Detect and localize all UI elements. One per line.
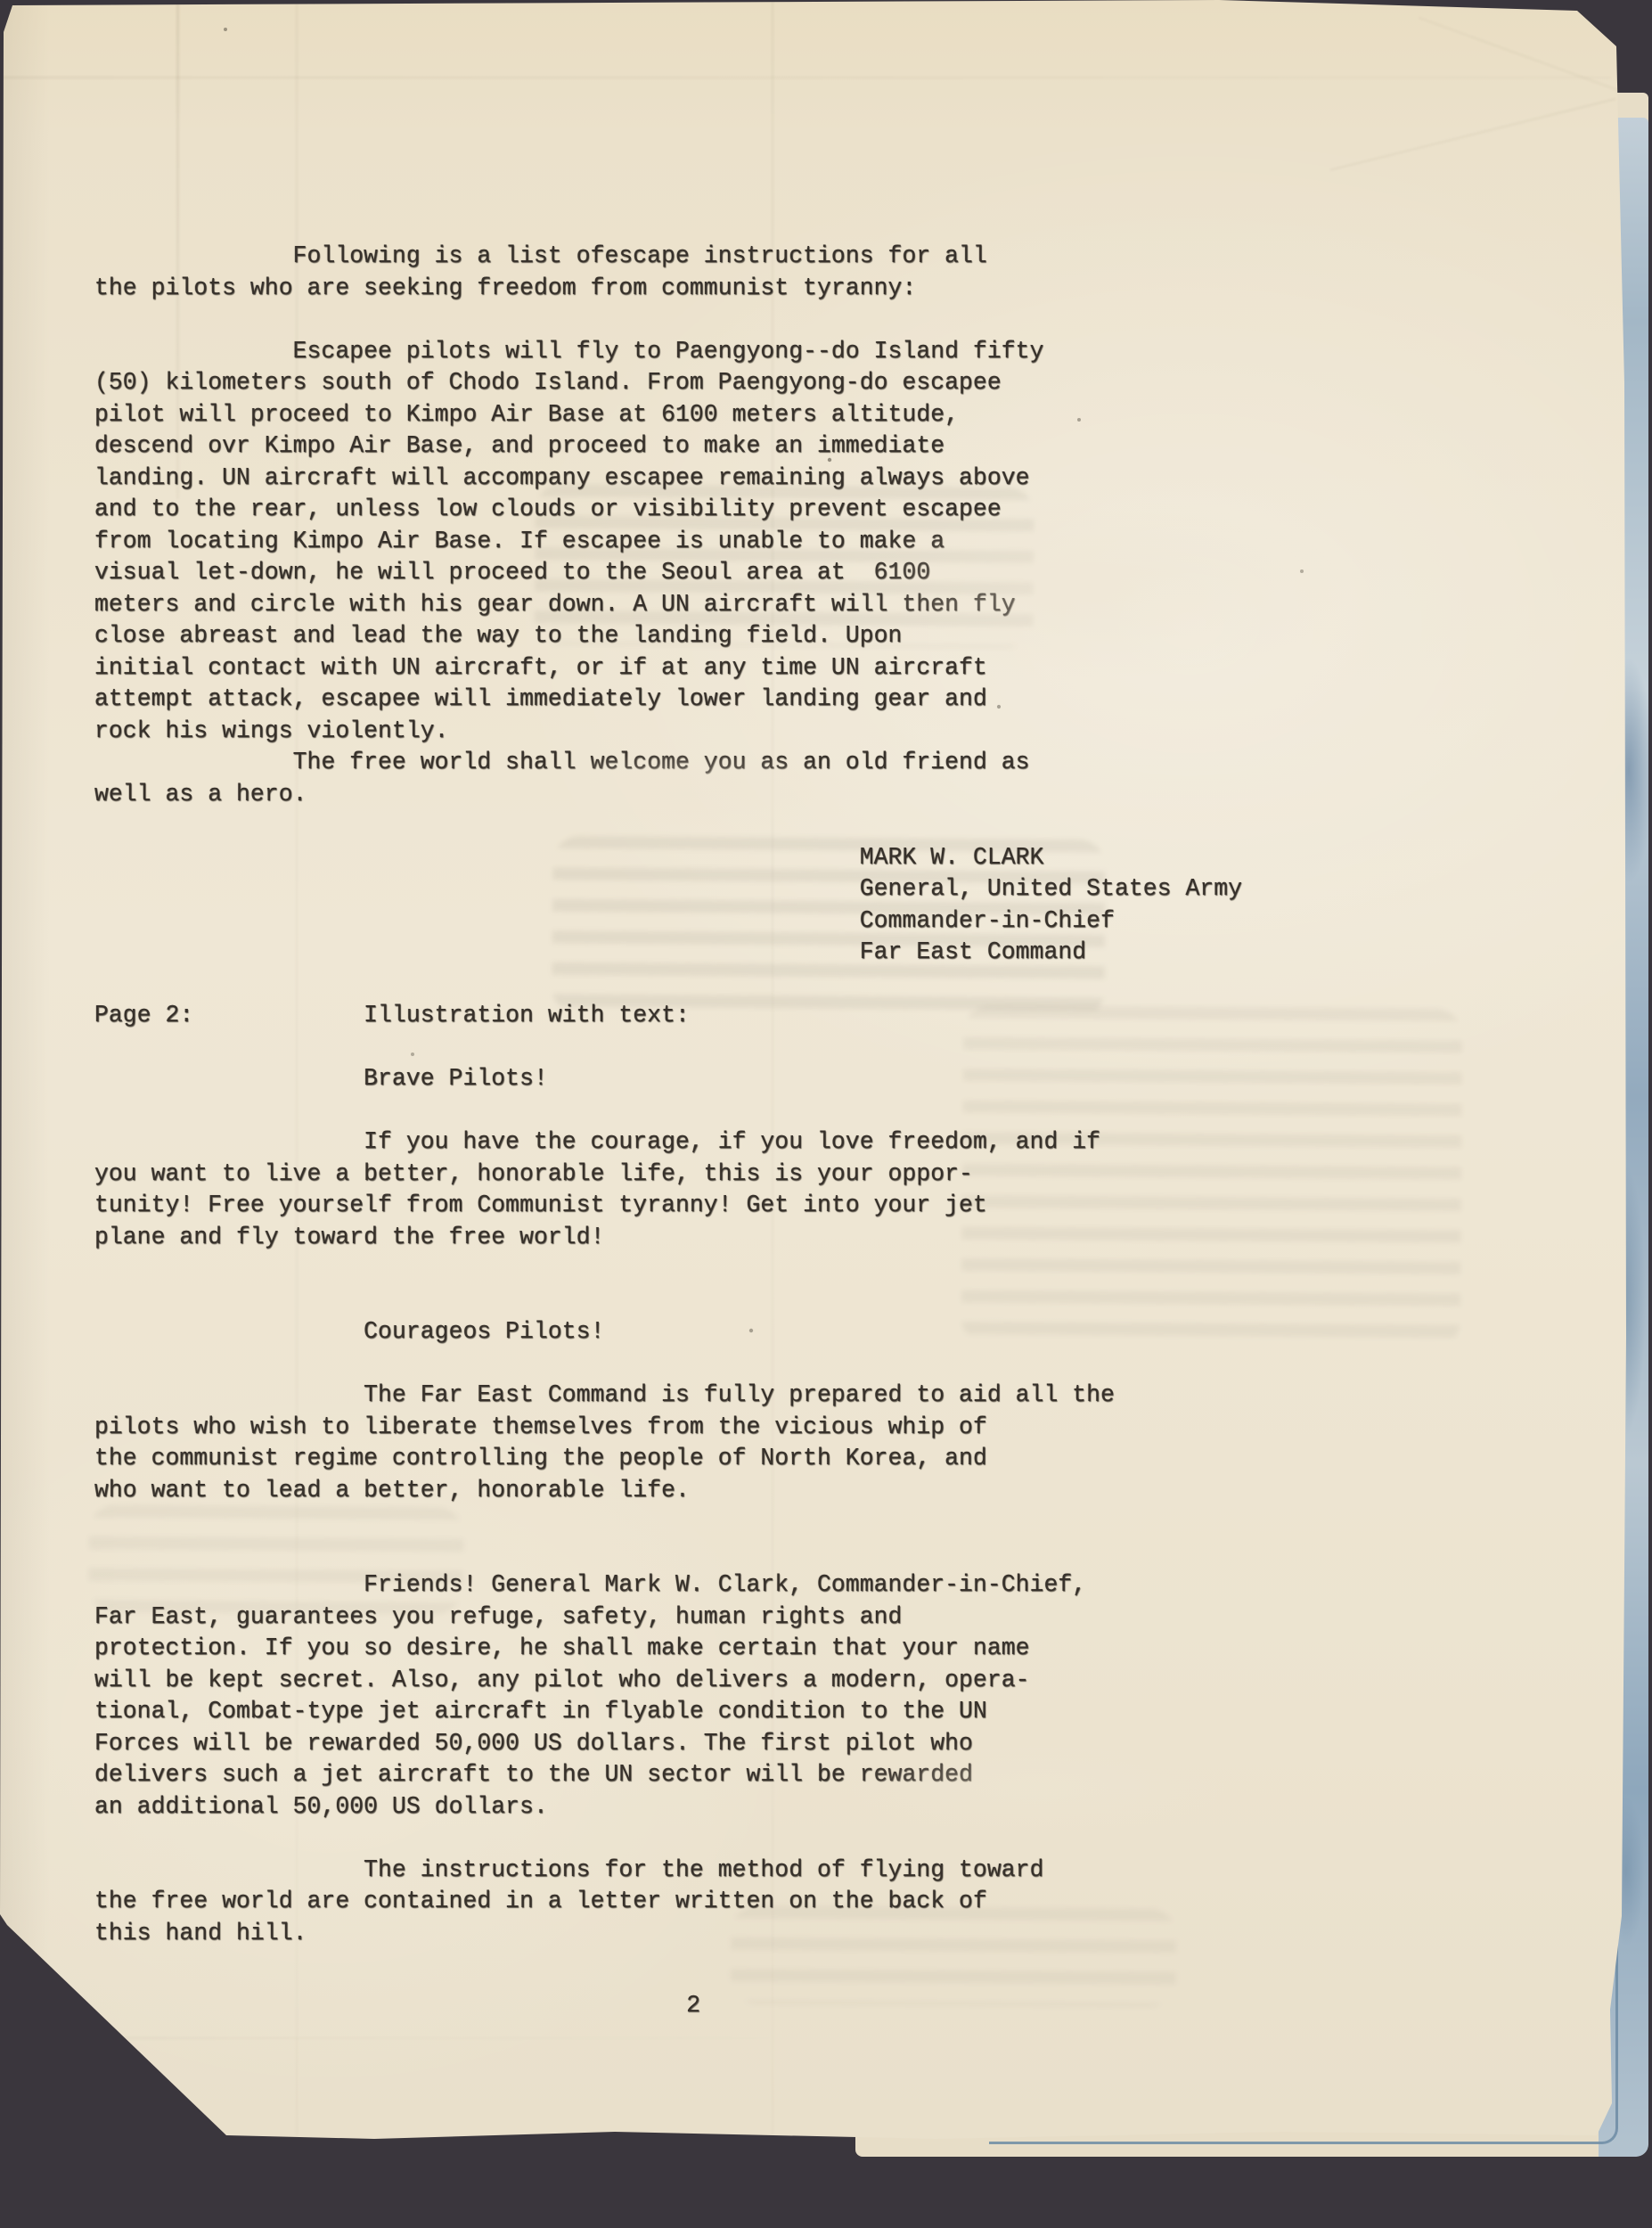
page-number: 2 bbox=[686, 1993, 700, 2019]
paper-specks bbox=[0, 0, 2, 2]
document-page: Following is a list ofescape instruction… bbox=[0, 0, 1652, 2228]
fold-crease bbox=[0, 2037, 873, 2039]
photo-backdrop: Following is a list ofescape instruction… bbox=[0, 0, 1652, 2228]
corner-fold-crease bbox=[1419, 17, 1620, 92]
typed-text: Following is a list ofescape instruction… bbox=[94, 241, 1242, 1949]
corner-fold-crease bbox=[1330, 98, 1616, 171]
fold-crease bbox=[0, 77, 1611, 78]
